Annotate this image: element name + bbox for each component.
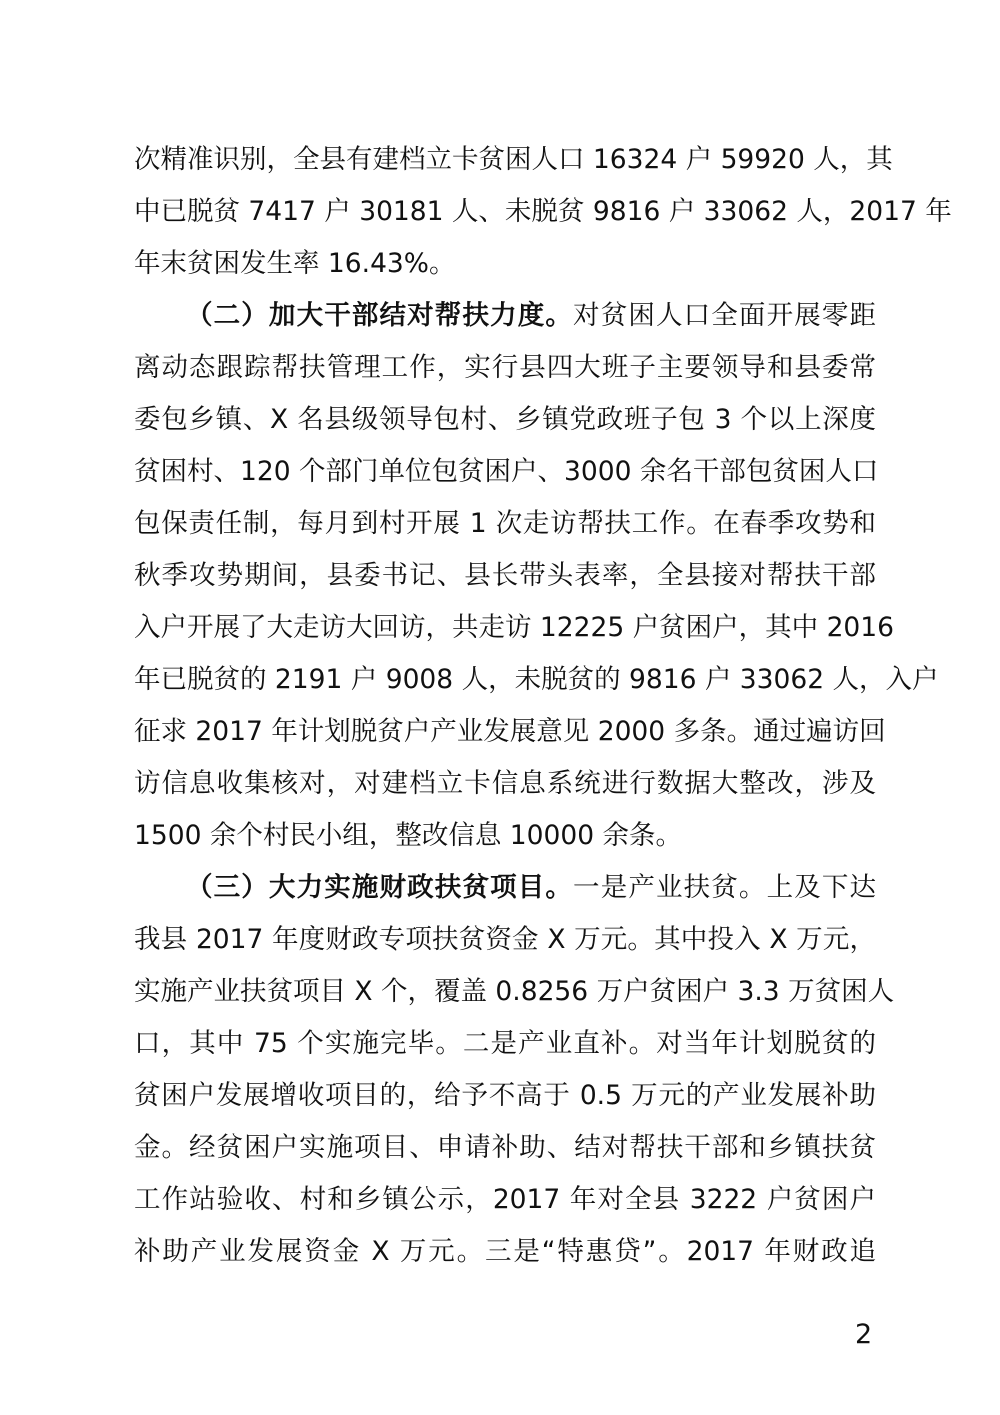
body-text: 一是产业扶贫。上及下达 — [573, 872, 876, 903]
body-line: 年末贫困发生率 16.43%。 — [134, 238, 876, 290]
document-page: 次精准识别，全县有建档立卡贫困人口 16324 户 59920 人，其 中已脱贫… — [0, 0, 1000, 1415]
page-number: 2 — [855, 1318, 872, 1352]
body-line: 口，其中 75 个实施完毕。二是产业直补。对当年计划脱贫的 — [134, 1018, 876, 1070]
body-line: 离动态跟踪帮扶管理工作，实行县四大班子主要领导和县委常 — [134, 342, 876, 394]
body-line: 1500 余个村民小组，整改信息 10000 余条。 — [134, 810, 876, 862]
body-line: 次精准识别，全县有建档立卡贫困人口 16324 户 59920 人，其 — [134, 134, 876, 186]
body-line: 金。经贫困户实施项目、申请补助、结对帮扶干部和乡镇扶贫 — [134, 1122, 876, 1174]
body-line: 入户开展了大走访大回访，共走访 12225 户贫困户，其中 2016 — [134, 602, 876, 654]
body-line: 征求 2017 年计划脱贫户产业发展意见 2000 多条。通过遍访回 — [134, 706, 876, 758]
body-line: 贫困户发展增收项目的，给予不高于 0.5 万元的产业发展补助 — [134, 1070, 876, 1122]
body-line: 委包乡镇、X 名县级领导包村、乡镇党政班子包 3 个以上深度 — [134, 394, 876, 446]
body-line: 年已脱贫的 2191 户 9008 人，未脱贫的 9816 户 33062 人，… — [134, 654, 876, 706]
body-line: 补助产业发展资金 X 万元。三是“特惠贷”。2017 年财政追 — [134, 1226, 876, 1278]
body-line: 工作站验收、村和乡镇公示，2017 年对全县 3222 户贫困户 — [134, 1174, 876, 1226]
body-line: 秋季攻势期间，县委书记、县长带头表率，全县接对帮扶干部 — [134, 550, 876, 602]
section-three-first-line: （三）大力实施财政扶贫项目。一是产业扶贫。上及下达 — [186, 862, 876, 914]
body-line: 贫困村、120 个部门单位包贫困户、3000 余名干部包贫困人口 — [134, 446, 876, 498]
body-line: 中已脱贫 7417 户 30181 人、未脱贫 9816 户 33062 人，2… — [134, 186, 876, 238]
body-line: 访信息收集核对，对建档立卡信息系统进行数据大整改，涉及 — [134, 758, 876, 810]
body-line: 包保责任制，每月到村开展 1 次走访帮扶工作。在春季攻势和 — [134, 498, 876, 550]
body-text: 对贫困人口全面开展零距 — [573, 300, 876, 331]
section-heading: （三）大力实施财政扶贫项目。 — [186, 872, 573, 903]
section-heading: （二）加大干部结对帮扶力度。 — [186, 300, 573, 331]
body-line: 我县 2017 年度财政专项扶贫资金 X 万元。其中投入 X 万元， — [134, 914, 876, 966]
body-line: 实施产业扶贫项目 X 个，覆盖 0.8256 万户贫困户 3.3 万贫困人 — [134, 966, 876, 1018]
section-two-first-line: （二）加大干部结对帮扶力度。对贫困人口全面开展零距 — [186, 290, 876, 342]
